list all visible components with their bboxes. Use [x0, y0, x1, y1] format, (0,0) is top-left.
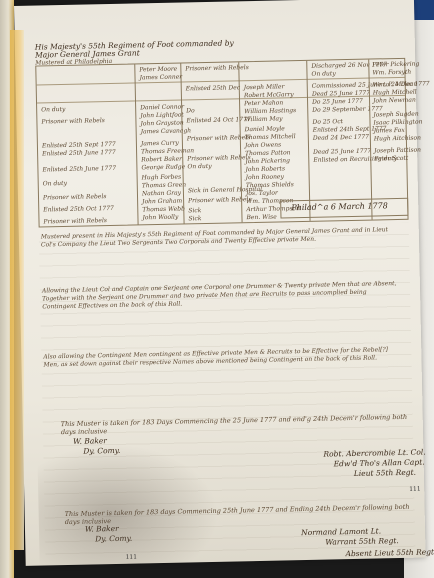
entry: John Newman — [373, 97, 416, 106]
entry: Wm. Forsyth — [372, 69, 411, 78]
entry: Enlisted 25th Dec — [186, 84, 241, 93]
entry: Hugh Aitchison — [374, 135, 421, 144]
entry: Sick — [188, 207, 201, 215]
col-discharged: Discharged 26 Nov 1777 On duty Commissio… — [306, 60, 372, 221]
entry: Enlisted 25th June 1777 — [42, 165, 116, 175]
muster-roll-page: His Majesty's 55th Regiment of Foot comm… — [14, 0, 426, 566]
signature-officer-3: Lieut 55th Regt. — [354, 468, 416, 478]
entry: On duty — [43, 180, 67, 189]
col-names-1: Peter Moore James Conner Daniel Connor J… — [134, 64, 184, 225]
col-names-2: Joseph Miller Robert McGarry Peter Mahon… — [238, 61, 310, 222]
col-remarks-2: Prisoner with Rebels Enlisted 25th Dec D… — [180, 62, 242, 223]
col-names-3: Peter Pickering Wm. Forsyth Wm. P. Mclea… — [368, 59, 408, 220]
entry: Prisoner with Rebels — [41, 117, 105, 126]
shadow-stain — [37, 442, 219, 566]
entry: Prisoner with Rebels — [43, 217, 107, 226]
entry: George Rudge — [141, 163, 185, 172]
signature-absent: Absent Lieut 55th Regt. — [345, 547, 434, 558]
signature-officer-2: Edw'd Tho's Allan Capt. — [334, 458, 425, 469]
entry: On duty — [41, 106, 65, 115]
gilt-page-edge — [10, 30, 24, 550]
entry: Enlisted 25th June 1777 — [42, 149, 116, 159]
entry: Sick — [188, 215, 201, 223]
date-place: Philad^a 6 March 1778 — [291, 202, 388, 212]
entry: Peter Scott — [374, 155, 408, 164]
col-remarks-1: On duty Prisoner with Rebels Enlisted 25… — [36, 64, 137, 226]
entry: William May — [244, 115, 282, 124]
entry: Prisoner with Rebels — [43, 193, 107, 202]
page-number-1: 111 — [409, 486, 421, 493]
entry: Dead 24 Dec 1777 — [313, 134, 369, 143]
entry: James Conner — [139, 73, 182, 82]
dated-box: Philad^a 6 March 1778 — [280, 198, 408, 219]
signature-lamont: Normand Lamont Lt. — [301, 526, 381, 537]
entry: Ben. Wise — [246, 214, 276, 223]
entry: John Woolly — [142, 214, 178, 223]
entry: On duty — [187, 163, 211, 172]
entry: Enlisted 25th Oct 1777 — [43, 205, 114, 214]
entry: On duty — [311, 70, 335, 79]
entry: Do — [186, 107, 195, 115]
signature-warrant: Warrant 55th Regt. — [325, 536, 399, 547]
